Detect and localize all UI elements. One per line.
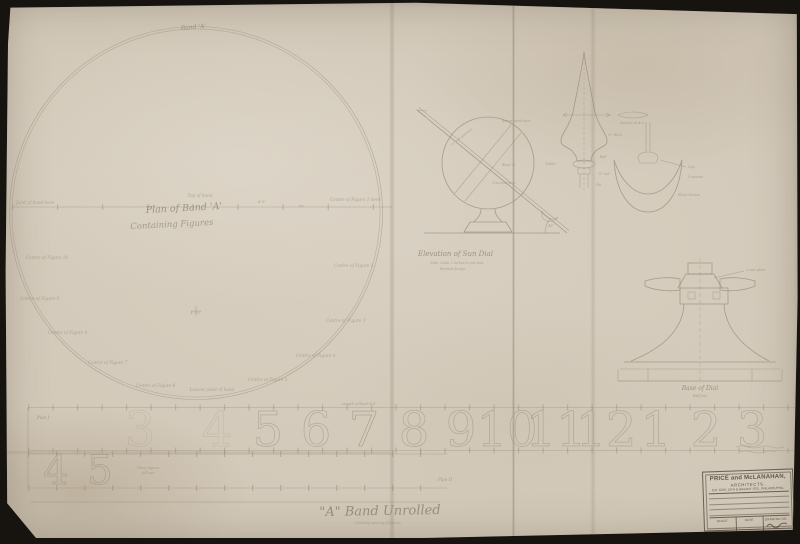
dial-sphere [442,117,534,209]
elevation-label: Crescent here [492,181,516,185]
plan-band-a-circle: Band 'A' Plan of Band 'A' Containing Fig… [10,23,393,400]
photo-backdrop: Band 'A' Plan of Band 'A' Containing Fig… [0,0,800,544]
crescent-cap [638,152,658,163]
gnomon-rod-parallel [419,108,569,231]
hour-numeral: 9 [446,402,477,458]
scale-cell: SCALE [709,517,736,532]
band2-note-line2: full size [141,471,155,475]
circle-annotation: Lowest point of band [189,387,235,392]
band2-note-line1: These figures [137,466,160,470]
band1-plan-label: Plan I [36,415,50,420]
hour-numeral: 3 [737,402,768,458]
sphere-neck [474,209,502,222]
base-subcaption: Half size [692,394,708,398]
elevation-subnote2: Revised design [439,267,465,271]
crescent-label: Sheet bronze [678,193,700,197]
circle-annotation: Centre of Figure 4 [296,353,336,358]
drawing-sheet: Band 'A' Plan of Band 'A' Containing Fig… [0,0,800,544]
crescent-label: Cap [688,165,695,169]
circle-annotation: Centre of Figure 9 [20,296,60,301]
scale-label: SCALE [717,518,728,522]
finial-label: Solder [545,162,556,166]
title-block-inner: PRICE and McLANAHAN, ARCHITECTS. N.E. CO… [705,471,793,529]
circle-annotation: Centre of Figure 6 [136,383,176,388]
date-label: DATE [745,517,754,521]
hour-numeral: 1 [641,402,672,458]
circle-annotation: Centre of Figure 8 [48,330,88,335]
radius-dimension: 4'-0" [257,200,266,204]
band-top-label: Band 'A' [180,23,207,32]
plan-title-line1: Plan of Band 'A' [144,201,222,216]
base-trumpet-left [631,304,684,361]
center-dimension: 4'-5½" [190,310,202,315]
crescent-outline [614,160,682,212]
hour-numeral: 8 [399,402,430,458]
base-caption: Base of Dial [681,385,719,392]
sundial-elevation: Arrow point here Band 'A' Crescent here … [417,108,569,272]
footer-subtitle: Showing spacing of figures [355,521,401,525]
finial-label: Pin [595,183,601,187]
elevation-subnote1: Note: Scale 3 inches to one foot [429,261,484,265]
fullsize-numeral: 4 [43,448,68,494]
cover-leader-line [714,271,744,278]
circle-annotation: Centre of Figure 1 here [330,197,381,202]
crescent-label: Crescent [688,175,704,179]
hour-numeral: 6 [301,402,332,458]
hour-numeral: 12 [575,402,636,458]
finial-label: ⅛" thick [608,133,622,137]
sphere-foot [464,222,512,232]
footer-title: "A" Band Unrolled [319,503,441,520]
elevation-label: ⅝" rod gnomon [450,127,473,146]
base-left-wing [645,278,680,291]
drawing-no-scrawl [764,520,788,529]
drawing-no-label: DRAWING NO. [765,516,788,521]
pencil-drawing-layer: Band 'A' Plan of Band 'A' Containing Fig… [0,0,800,544]
sphere-band-line [465,133,521,201]
hour-numeral: 3 [125,402,156,458]
title-block-cells: SCALE DATE DRAWING NO. [709,514,789,532]
circle-annotation: Centre of Figure 2 [334,263,374,268]
band-one-unrolled: Plan I Length of Band 9'-0" 3 4 5 6 7 8 … [28,402,796,458]
plan-title-line2: Containing Figures [130,218,214,232]
crescent-detail: Cap Crescent Sheet bronze [614,122,704,212]
hour-numeral: 5 [253,402,284,458]
arc-note: arc [299,204,305,208]
base-trumpet-right [724,304,769,361]
elevation-caption: Elevation of Sun Dial [417,250,493,258]
title-block: PRICE and McLANAHAN, ARCHITECTS. N.E. CO… [702,468,795,531]
date-cell: DATE [736,516,763,531]
elevation-label: 40° [547,224,554,228]
base-right-wing [720,278,755,291]
band2-plan-label: Plan II [437,477,452,482]
circle-annotation: Centre of Figure 7 [88,360,128,365]
gnomon-arrow-point [417,110,427,117]
circle-annotation: Centre of Figure 5 [248,377,288,382]
hour-numeral: 7 [349,402,380,458]
base-of-dial-detail: Cover plate Base of Dial Half size [618,258,782,398]
circle-annotation: Top of band [188,193,213,198]
elevation-label: Arrow point here [501,119,531,123]
elevation-label: Band 'A' [501,163,516,167]
finial-label: Ball [599,155,607,159]
section-caption: Section at A·A [620,121,644,125]
circle-annotation: Centre of Figure 3 [326,318,366,323]
finial-label: ⅝" rod [598,172,609,176]
gnomon-crescent-end [542,211,558,222]
hour-numeral: 4 [202,402,233,458]
base-collar-mortise [713,292,720,299]
fullsize-numeral: 5 [87,448,112,494]
band-two-fullsize: 4 5 These figures full size Plan II [28,448,452,502]
blade-section-glyph [618,112,648,118]
spear-finial-detail: Section at A·A ⅛" thick Ball Solder ⅝" r… [545,52,648,190]
base-cover-label: Cover plate [746,268,765,272]
circle-annotation: Joint of band here [15,200,55,205]
drawing-no-cell: DRAWING NO. [763,515,789,530]
hour-numeral: 2 [691,402,722,458]
circle-annotation: Centre of Figure 10 [26,255,68,260]
base-collar-mortise [688,292,695,299]
sheet-footer-title: "A" Band Unrolled Showing spacing of fig… [319,503,441,525]
